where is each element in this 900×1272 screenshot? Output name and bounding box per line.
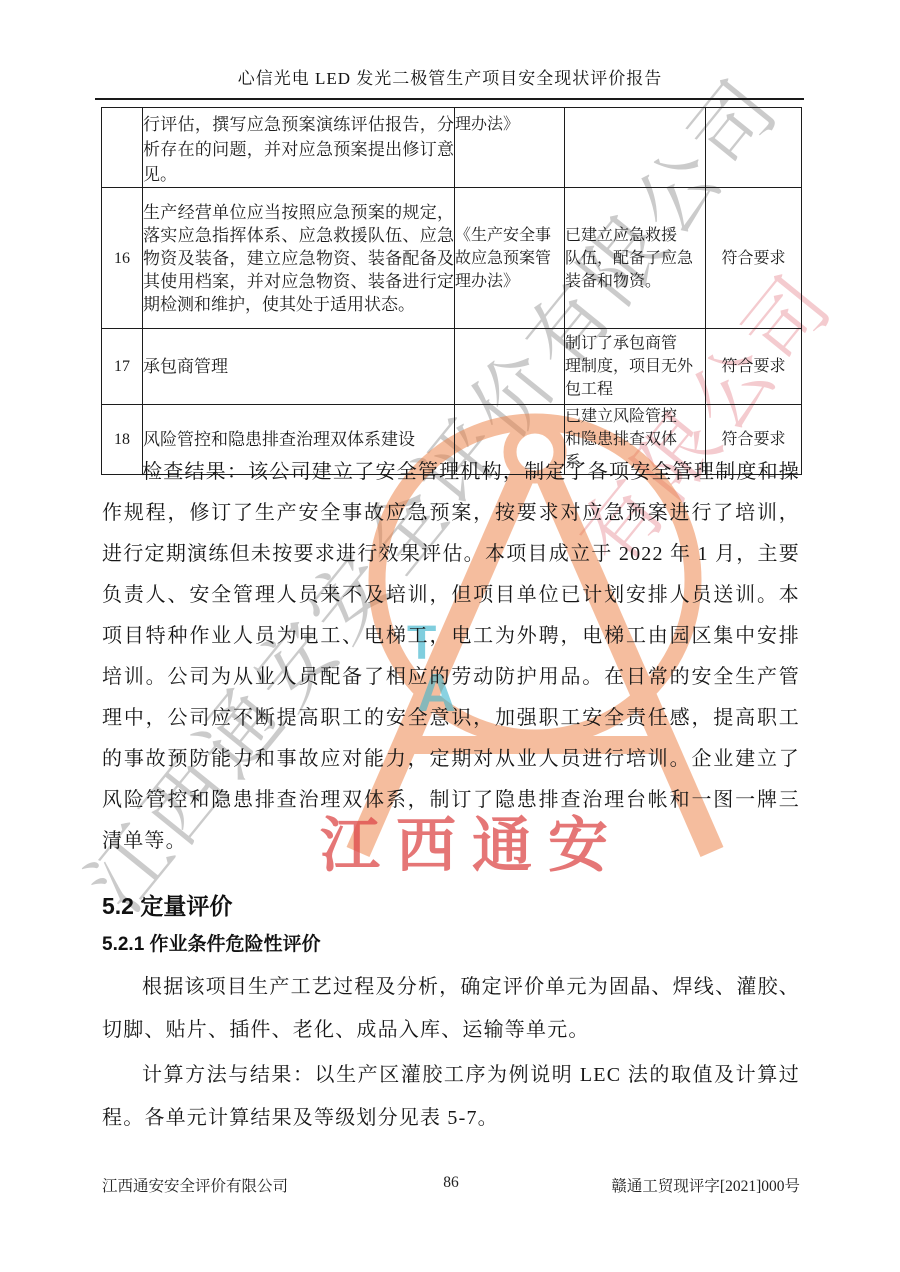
cell-actual-status: 制订了承包商管 理制度，项目无外 包工程: [565, 329, 706, 405]
header-rule: [95, 98, 804, 100]
cell-basis: 理办法》: [455, 108, 565, 188]
table-row-17: 17 承包商管理 制订了承包商管 理制度，项目无外 包工程 符合要求: [102, 329, 802, 405]
cell-check-content: 生产经营单位应当按照应急预案的规定，落实应急指挥体系、应急救援队伍、应急物资及装…: [143, 188, 455, 329]
paragraph-calculation-method: 计算方法与结果：以生产区灌胶工序为例说明 LEC 法的取值及计算过程。各单元计算…: [102, 1054, 800, 1140]
page-footer: 86 江西通安安全评价有限公司 赣通工贸现评字[2021]000号: [102, 1174, 800, 1196]
cell-basis: 《生产安全事故应急预案管理办法》: [455, 188, 565, 329]
cell-row-number: [102, 108, 143, 188]
table-row-continuation: 行评估，撰写应急预案演练评估报告，分析存在的问题，并对应急预案提出修订意见。 理…: [102, 108, 802, 188]
heading-section-5-2: 5.2 定量评价: [102, 888, 232, 921]
table-row-16: 16 生产经营单位应当按照应急预案的规定，落实应急指挥体系、应急救援队伍、应急物…: [102, 188, 802, 329]
footer-company-name: 江西通安安全评价有限公司: [102, 1174, 288, 1196]
footer-document-number: 赣通工贸现评字[2021]000号: [611, 1174, 800, 1196]
paragraph-evaluation-units: 根据该项目生产工艺过程及分析，确定评价单元为固晶、焊线、灌胶、切脚、贴片、插件、…: [102, 966, 800, 1052]
cell-check-content: 承包商管理: [143, 329, 455, 405]
document-page: 江西通安安全评价有限公司 有限公司 T A 江西通安 心信光电 LED 发光二极…: [0, 0, 900, 1272]
cell-conclusion: [706, 108, 802, 188]
page-header-title: 心信光电 LED 发光二极管生产项目安全现状评价报告: [0, 64, 900, 89]
cell-actual-status: 已建立应急救援 队伍，配备了应急 装备和物资。: [565, 188, 706, 329]
cell-actual-status: [565, 108, 706, 188]
cell-basis: [455, 329, 565, 405]
cell-conclusion: 符合要求: [706, 188, 802, 329]
cell-row-number: 16: [102, 188, 143, 329]
cell-conclusion: 符合要求: [706, 329, 802, 405]
heading-subsection-5-2-1: 5.2.1 作业条件危险性评价: [102, 929, 321, 956]
paragraph-inspection-result: 检查结果：该公司建立了安全管理机构，制定了各项安全管理制度和操作规程，修订了生产…: [102, 452, 800, 862]
inspection-checklist-table: 行评估，撰写应急预案演练评估报告，分析存在的问题，并对应急预案提出修订意见。 理…: [101, 107, 802, 475]
cell-check-content: 行评估，撰写应急预案演练评估报告，分析存在的问题，并对应急预案提出修订意见。: [143, 108, 455, 188]
cell-row-number: 17: [102, 329, 143, 405]
document-content: 心信光电 LED 发光二极管生产项目安全现状评价报告 行评估，撰写应急预案演练评…: [0, 0, 900, 1272]
